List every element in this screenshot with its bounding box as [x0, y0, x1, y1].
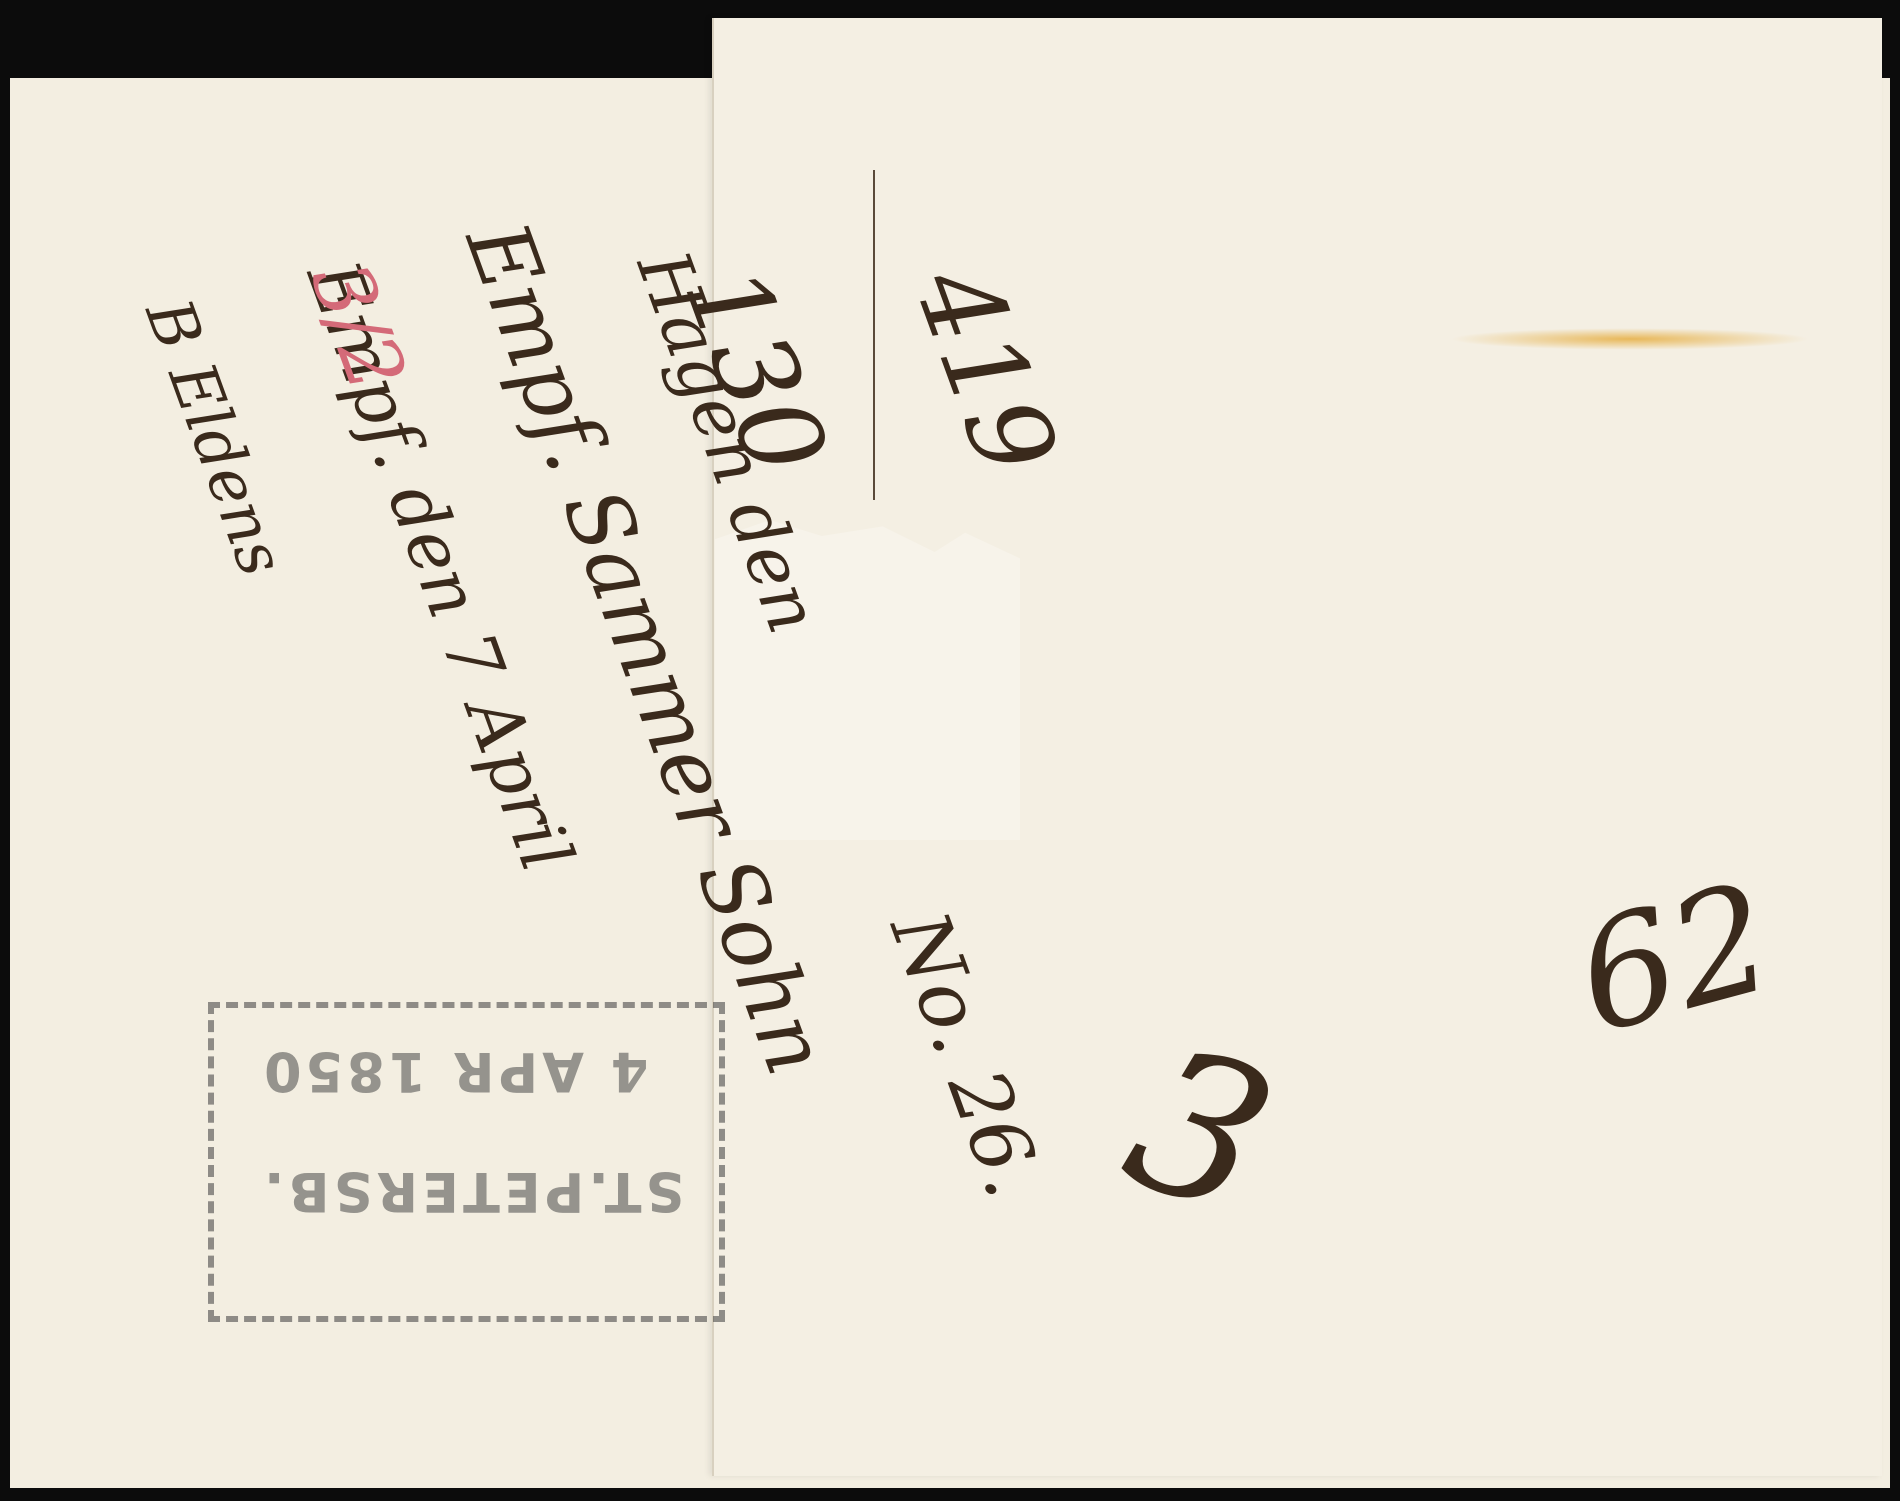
postmark-date: 4 APR 1850 [260, 1040, 648, 1103]
rate-divider [873, 170, 875, 500]
postmark-town: ST.PETERSB. [260, 1160, 684, 1223]
wax-stain [1450, 328, 1810, 350]
